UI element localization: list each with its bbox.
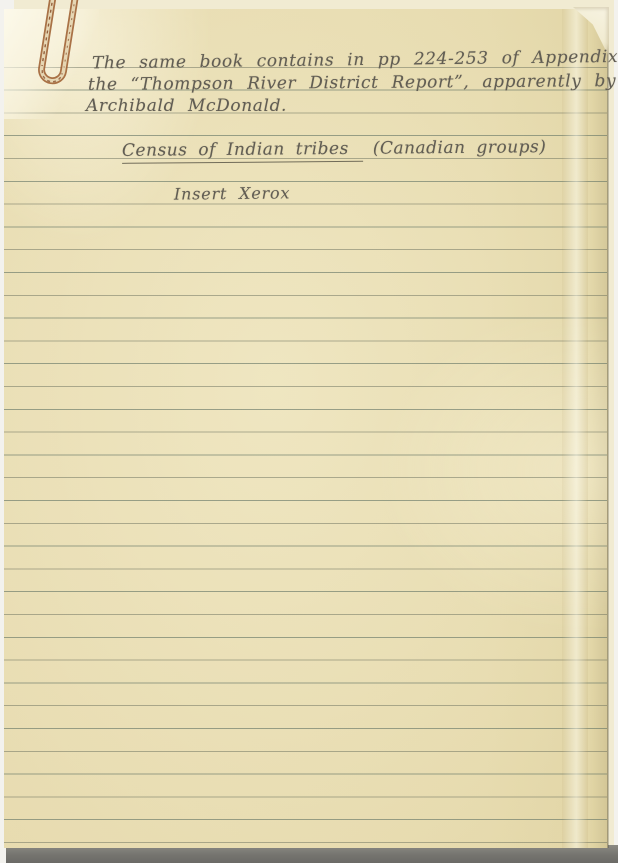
- note-page: The same book contains in pp 224-253 of …: [4, 9, 608, 848]
- scanned-document: The same book contains in pp 224-253 of …: [0, 0, 618, 863]
- heading-suffix-text: (Canadian groups): [373, 137, 547, 159]
- handwriting-line: Archibald McDonald.: [86, 96, 287, 116]
- paper-crease: [562, 9, 588, 848]
- xerox-annotation: Insert Xerox: [174, 183, 290, 203]
- handwriting-line: the “Thompson River District Report”, ap…: [88, 71, 616, 95]
- heading-underlined-text: Census of Indian tribes: [122, 139, 363, 164]
- section-heading: Census of Indian tribes(Canadian groups): [122, 137, 547, 161]
- ruled-lines: [4, 45, 607, 843]
